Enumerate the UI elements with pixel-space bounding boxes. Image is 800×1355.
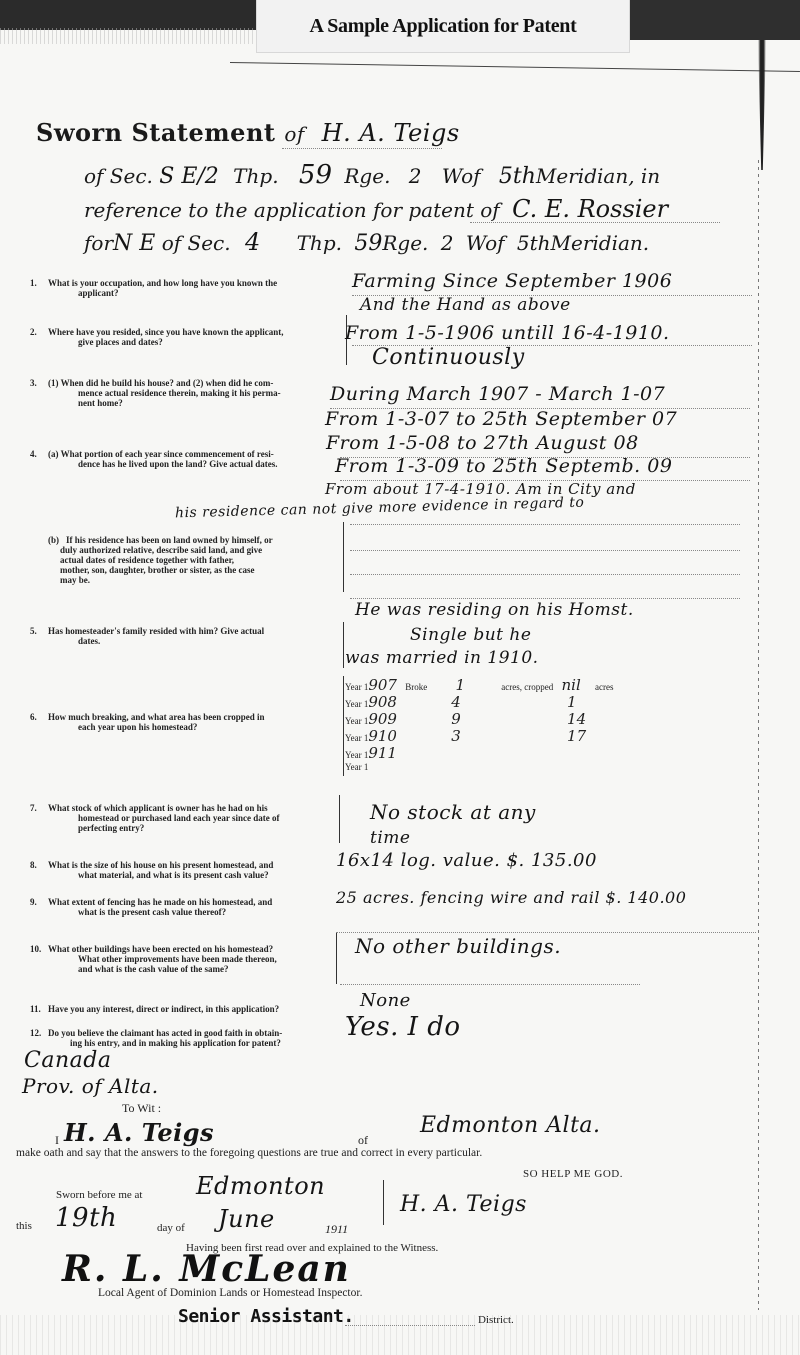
year-value: 911 <box>368 744 397 762</box>
answer-line <box>352 295 752 296</box>
sec-label: of Sec. <box>162 231 231 255</box>
right-margin-rule <box>758 160 759 1310</box>
answer-bracket <box>343 522 344 592</box>
question-text: give places and dates? <box>30 337 340 347</box>
so-help-me-god: SO HELP ME GOD. <box>523 1168 623 1180</box>
broke-value: 9 <box>451 710 461 728</box>
answer-5-line-2: Single but he <box>410 625 531 645</box>
scan-noise-bottom <box>0 1315 800 1355</box>
broke-value: 3 <box>451 727 461 745</box>
day-value: 19th <box>55 1203 117 1233</box>
answer-9: 25 acres. fencing wire and rail $. 140.0… <box>336 888 686 907</box>
answer-line-empty <box>350 574 740 575</box>
to-wit-label: To Wit : <box>122 1101 161 1116</box>
question-text: What stock of which applicant is owner h… <box>48 803 268 813</box>
meridian-label: Meridian, in <box>536 164 660 188</box>
applicant-name: C. E. Rossier <box>512 195 668 223</box>
rge-label: Rge. <box>382 231 428 255</box>
of-label: of <box>485 231 504 255</box>
year-label: Year 1 <box>345 716 368 726</box>
crop-row-4: Year 1910 3 17 <box>345 727 586 745</box>
question-text: (1) When did he build his house? and (2)… <box>48 378 273 388</box>
question-number: 1. <box>30 278 48 288</box>
answer-line <box>336 932 756 933</box>
answer-2-line-1: From 1-5-1906 untill 16-4-1910. <box>345 322 670 344</box>
answer-line <box>352 345 752 346</box>
answer-line-empty <box>350 550 740 551</box>
year-label: Year 1 <box>345 699 368 709</box>
answer-line <box>330 408 750 409</box>
crop-row-1: Year 1907 Broke 1 acres, cropped nil acr… <box>345 676 614 694</box>
year-label: Year 1 <box>345 682 368 692</box>
answer-11: None <box>360 990 411 1011</box>
answer-4a-line-2: From 1-3-09 to 25th Septemb. 09 <box>335 455 672 477</box>
question-9: 9.What extent of fencing has he made on … <box>30 897 340 917</box>
crop-row-3: Year 1909 9 14 <box>345 710 586 728</box>
heading-text: Sworn Statement <box>36 118 275 147</box>
question-text: What is your occupation, and how long ha… <box>48 278 277 288</box>
broke-value: 1 <box>455 676 465 694</box>
question-text: Do you believe the claimant has acted in… <box>48 1028 282 1038</box>
w-value: W <box>466 231 485 255</box>
sworn-statement-heading: Sworn Statement of H. A. Teigs <box>36 118 460 147</box>
answer-1-line-1: Farming Since September 1906 <box>352 270 672 292</box>
crop-row-6: Year 1 <box>345 762 368 772</box>
question-text: mother, son, daughter, brother or sister… <box>30 565 340 575</box>
parcel-line: forN E of Sec. 4 Thp. 59Rge. 2 Wof 5thMe… <box>84 228 649 256</box>
sworn-before-label: Sworn before me at <box>56 1189 142 1201</box>
question-number: 2. <box>30 327 48 337</box>
question-number: 7. <box>30 803 48 813</box>
question-number: 10. <box>30 944 48 954</box>
thp-value: 59 <box>354 231 382 256</box>
answer-7-line-1: No stock at any <box>370 800 536 824</box>
year-label: Year 1 <box>345 762 368 772</box>
oath-place: Edmonton Alta. <box>420 1113 601 1138</box>
question-8: 8.What is the size of his house on his p… <box>30 860 340 880</box>
question-text: Has homesteader's family resided with hi… <box>48 626 264 636</box>
question-text: actual dates of residence together with … <box>30 555 340 565</box>
question-4a: 4.(a) What portion of each year since co… <box>30 449 340 469</box>
answer-line <box>340 480 750 481</box>
question-11: 11.Have you any interest, direct or indi… <box>30 1004 340 1014</box>
meridian-label: Meridian. <box>551 231 650 255</box>
answer-5-line-3: was married in 1910. <box>345 648 539 668</box>
of-label: of <box>461 164 480 188</box>
oath-country: Canada <box>24 1048 111 1073</box>
banner-title: A Sample Application for Patent <box>309 15 576 38</box>
answer-10: No other buildings. <box>355 934 561 958</box>
question-text: What other improvements have been made t… <box>30 954 340 964</box>
sworn-place: Edmonton <box>196 1172 325 1200</box>
deponent-signature: H. A. Teigs <box>400 1192 527 1217</box>
meridian-value: 5th <box>517 231 551 255</box>
question-number: 12. <box>30 1028 48 1038</box>
year-label: Year 1 <box>345 733 368 743</box>
thp-label: Thp. <box>233 164 278 188</box>
oath-statement: make oath and say that the answers to th… <box>16 1147 482 1159</box>
cropped-value: 1 <box>567 693 577 711</box>
question-number: 8. <box>30 860 48 870</box>
cropped-value: nil <box>562 676 581 694</box>
question-number: 3. <box>30 378 48 388</box>
answer-4a-line-1: From 1-5-08 to 27th August 08 <box>326 432 639 454</box>
meridian-value: 5th <box>499 164 536 189</box>
crop-table-bracket <box>343 676 344 776</box>
answer-bracket <box>343 622 344 668</box>
oath-province: Prov. of Alta. <box>22 1074 159 1098</box>
question-text: How much breaking, and what area has bee… <box>48 712 265 722</box>
question-text: ing his entry, and in making his applica… <box>30 1038 340 1048</box>
scan-noise <box>0 28 260 44</box>
paper-tear <box>758 40 766 170</box>
this-label: this <box>16 1220 32 1232</box>
question-text: nent home? <box>30 398 340 408</box>
answer-5-line-1: He was residing on his Homst. <box>355 600 634 620</box>
question-text: applicant? <box>30 288 340 298</box>
answer-3-line-2: From 1-3-07 to 25th September 07 <box>325 408 677 430</box>
banner: A Sample Application for Patent <box>256 0 630 53</box>
question-12: 12.Do you believe the claimant has acted… <box>30 1028 340 1048</box>
question-text: mence actual residence therein, making i… <box>30 388 340 398</box>
i-label: I <box>55 1133 59 1148</box>
question-6: 6.How much breaking, and what area has b… <box>30 712 340 732</box>
question-10: 10.What other buildings have been erecte… <box>30 944 340 974</box>
crop-row-2: Year 1908 4 1 <box>345 693 577 711</box>
cropped-value: 17 <box>567 727 586 745</box>
answer-line <box>340 984 640 985</box>
thp-value: 59 <box>299 160 332 190</box>
crop-row-5: Year 1911 <box>345 744 397 762</box>
paper-edge-line <box>230 62 800 72</box>
w-value: W <box>442 164 461 188</box>
rge-value: 2 <box>441 231 454 255</box>
cropped-value: 14 <box>567 710 586 728</box>
oath-deponent-name: H. A. Teigs <box>64 1118 214 1147</box>
year-value: 908 <box>368 693 397 711</box>
rge-value: 2 <box>409 164 422 188</box>
thp-label: Thp. <box>297 231 342 255</box>
question-2: 2.Where have you resided, since you have… <box>30 327 340 347</box>
month-value: June <box>218 1205 275 1233</box>
answer-8: 16x14 log. value. $. 135.00 <box>336 850 597 871</box>
answer-12: Yes. I do <box>345 1012 461 1042</box>
sec-label: of Sec. <box>84 164 153 188</box>
question-5: 5.Has homesteader's family resided with … <box>30 626 340 646</box>
sec-value: S E/2 <box>159 164 219 189</box>
sec-value: 4 <box>245 228 260 256</box>
acres-cropped-label: acres, cropped <box>501 682 553 692</box>
reference-text: reference to the application for patent … <box>84 198 500 222</box>
question-number: 5. <box>30 626 48 636</box>
answer-3-line-1: During March 1907 - March 1-07 <box>330 383 665 405</box>
question-text: homestead or purchased land each year si… <box>30 813 340 823</box>
question-text: and what is the cash value of the same? <box>30 964 340 974</box>
question-number: 6. <box>30 712 48 722</box>
question-number: (b) <box>48 535 66 545</box>
question-text: duly authorized relative, describe said … <box>30 545 340 555</box>
question-text: each year upon his homestead? <box>30 722 340 732</box>
question-text: If his residence has been on land owned … <box>66 535 273 545</box>
year-value: 909 <box>368 710 397 728</box>
broke-label: Broke <box>405 682 427 692</box>
for-label: for <box>84 231 113 255</box>
answer-bracket <box>336 932 337 984</box>
question-1: 1.What is your occupation, and how long … <box>30 278 340 298</box>
answer-1-line-2: And the Hand as above <box>360 295 571 315</box>
answer-line <box>340 457 750 458</box>
of-label: of <box>358 1133 368 1148</box>
question-text: What other buildings have been erected o… <box>48 944 273 954</box>
broke-value: 4 <box>451 693 461 711</box>
officer-signature: R. L. McLean <box>62 1248 351 1290</box>
question-text: Have you any interest, direct or indirec… <box>48 1004 279 1014</box>
reference-line: reference to the application for patent … <box>84 195 668 223</box>
answer-2-line-2: Continuously <box>372 345 525 370</box>
of-label: of <box>284 122 304 146</box>
question-text: dates. <box>30 636 340 646</box>
question-text: dence has he lived upon the land? Give a… <box>30 459 340 469</box>
year-value: 1911 <box>325 1222 348 1237</box>
question-text: what material, and what is its present c… <box>30 870 340 880</box>
question-text: may be. <box>30 575 340 585</box>
scan-corner-shadow <box>630 0 800 40</box>
question-number: 9. <box>30 897 48 907</box>
question-text: what is the present cash value thereof? <box>30 907 340 917</box>
question-text: perfecting entry? <box>30 823 340 833</box>
question-text: Where have you resided, since you have k… <box>48 327 283 337</box>
year-value: 910 <box>368 727 397 745</box>
question-text: What extent of fencing has he made on hi… <box>48 897 272 907</box>
quarter-value: N E <box>113 231 155 256</box>
year-label: Year 1 <box>345 750 368 760</box>
applicant-line <box>470 222 720 223</box>
question-number: 4. <box>30 449 48 459</box>
deponent-line <box>282 148 442 149</box>
question-3: 3.(1) When did he build his house? and (… <box>30 378 340 408</box>
answer-4a-line-4: his residence can not give more evidence… <box>175 495 585 522</box>
answer-7-line-2: time <box>370 828 410 848</box>
answer-line-empty <box>350 598 740 599</box>
deponent-name: H. A. Teigs <box>322 119 460 147</box>
day-of-label: day of <box>157 1222 185 1234</box>
year-value: 907 <box>368 676 397 694</box>
answer-line-empty <box>350 524 740 525</box>
question-text: What is the size of his house on his pre… <box>48 860 273 870</box>
answer-4a-line-3: From about 17-4-1910. Am in City and <box>325 480 636 498</box>
rge-label: Rge. <box>344 164 390 188</box>
question-4b: (b)If his residence has been on land own… <box>30 535 340 585</box>
question-text: (a) What portion of each year since comm… <box>48 449 274 459</box>
acres-label: acres <box>595 682 613 692</box>
answer-bracket <box>339 795 340 843</box>
signature-bracket <box>383 1180 384 1225</box>
question-7: 7.What stock of which applicant is owner… <box>30 803 340 833</box>
location-line: of Sec. S E/2 Thp. 59 Rge. 2 Wof 5thMeri… <box>84 160 660 190</box>
question-number: 11. <box>30 1004 48 1014</box>
officer-title: Local Agent of Dominion Lands or Homeste… <box>98 1287 362 1299</box>
